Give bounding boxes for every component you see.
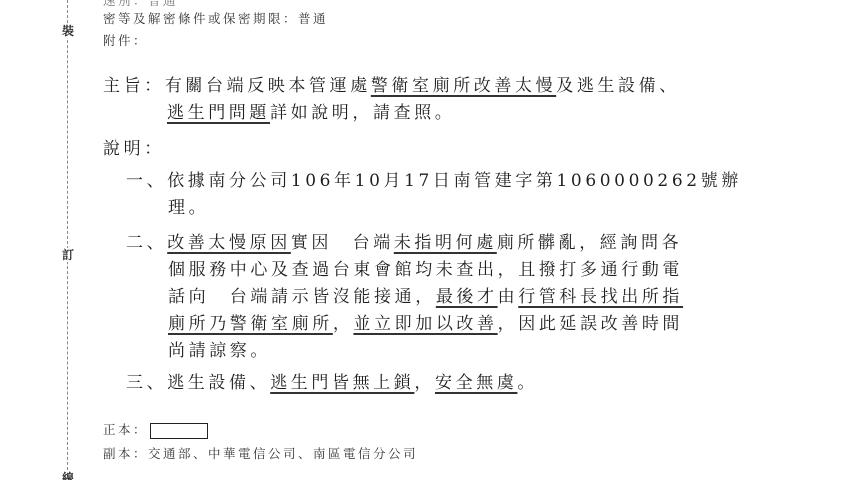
- item-text: 由: [498, 287, 519, 307]
- binding-mark-top: 裝: [60, 24, 76, 38]
- item-underlined-text: 未指明何處: [394, 233, 497, 253]
- original-label: 正本：: [103, 422, 148, 437]
- explanation-item-2-line-4: 廁所乃警衛室廁所，並立即加以改善，因此延誤改善時間: [168, 313, 683, 335]
- subject-text: 詳如說明，請查照。: [270, 103, 455, 123]
- explanation-item-1-cont: 理。: [168, 197, 209, 219]
- subject-label: 主旨：: [103, 76, 165, 96]
- copy-recipient-line: 副本：交通部、中華電信公司、南區電信分公司: [103, 444, 418, 462]
- item-text: 依據南分公司106年10月17日南管建字第1060000262號辦: [167, 171, 742, 191]
- item-underlined-text: 行管科長找出所指: [518, 287, 683, 307]
- binding-mark-middle: 訂: [60, 248, 76, 262]
- explanation-item-3: 三、逃生設備、逃生門皆無上鎖，安全無虞。: [126, 372, 538, 394]
- item-underlined-text: 最後才: [436, 287, 498, 307]
- item-underlined-text: 並立即加以改善: [353, 314, 497, 334]
- item-number: 三、: [126, 373, 167, 393]
- item-text: 實因 台端: [291, 233, 394, 253]
- binding-line: [67, 0, 68, 480]
- subject-underlined-text: 逃生門問題: [167, 103, 270, 123]
- item-text: 逃生設備、: [167, 373, 270, 393]
- item-text: 話向 台端請示皆沒能接通，: [168, 287, 436, 307]
- attachments-line: 附件：: [103, 31, 148, 49]
- subject-line-1: 主旨：有關台端反映本管運處警衛室廁所改善太慢及逃生設備、: [103, 75, 680, 97]
- copy-recipients: 交通部、中華電信公司、南區電信分公司: [148, 446, 418, 461]
- subject-text: 及逃生設備、: [556, 76, 680, 96]
- item-number: 二、: [126, 233, 167, 253]
- item-text: 廁所髒亂，經詢問各: [497, 233, 682, 253]
- subject-text: 有關台端反映本管運處: [165, 76, 371, 96]
- explanation-item-1: 一、依據南分公司106年10月17日南管建字第1060000262號辦: [126, 170, 742, 192]
- item-number: 一、: [126, 171, 167, 191]
- explanation-item-2-line-3: 話向 台端請示皆沒能接通，最後才由行管科長找出所指: [168, 286, 683, 308]
- explanation-item-2-line-2: 個服務中心及查過台東會館均未查出，且撥打多通行動電: [168, 259, 683, 281]
- item-text: ，: [414, 373, 435, 393]
- explanation-item-2-line-5: 尚請諒察。: [168, 340, 271, 362]
- binding-mark-bottom: 線: [60, 471, 76, 480]
- copy-label: 副本：: [103, 446, 148, 461]
- original-recipient-line: 正本：: [103, 420, 208, 439]
- item-underlined-text: 逃生門皆無上鎖: [270, 373, 414, 393]
- subject-underlined-text: 警衛室廁所改善太慢: [371, 76, 556, 96]
- item-underlined-text: 改善太慢原因: [167, 233, 291, 253]
- item-text: ，因此延誤改善時間: [498, 314, 683, 334]
- item-underlined-text: 安全無虞: [435, 373, 517, 393]
- item-underlined-text: 廁所乃警衛室廁所: [168, 314, 333, 334]
- subject-line-2: 逃生門問題詳如說明，請查照。: [167, 102, 455, 124]
- speed-line-cutoff: 速別：普通: [103, 0, 178, 9]
- explanation-label: 說明：: [103, 138, 165, 160]
- redacted-recipient-box: [150, 423, 208, 439]
- item-text: 。: [517, 373, 538, 393]
- explanation-item-2: 二、改善太慢原因實因 台端未指明何處廁所髒亂，經詢問各: [126, 232, 682, 254]
- classification-line: 密等及解密條件或保密期限：普通: [103, 9, 328, 27]
- item-text: ，: [333, 314, 354, 334]
